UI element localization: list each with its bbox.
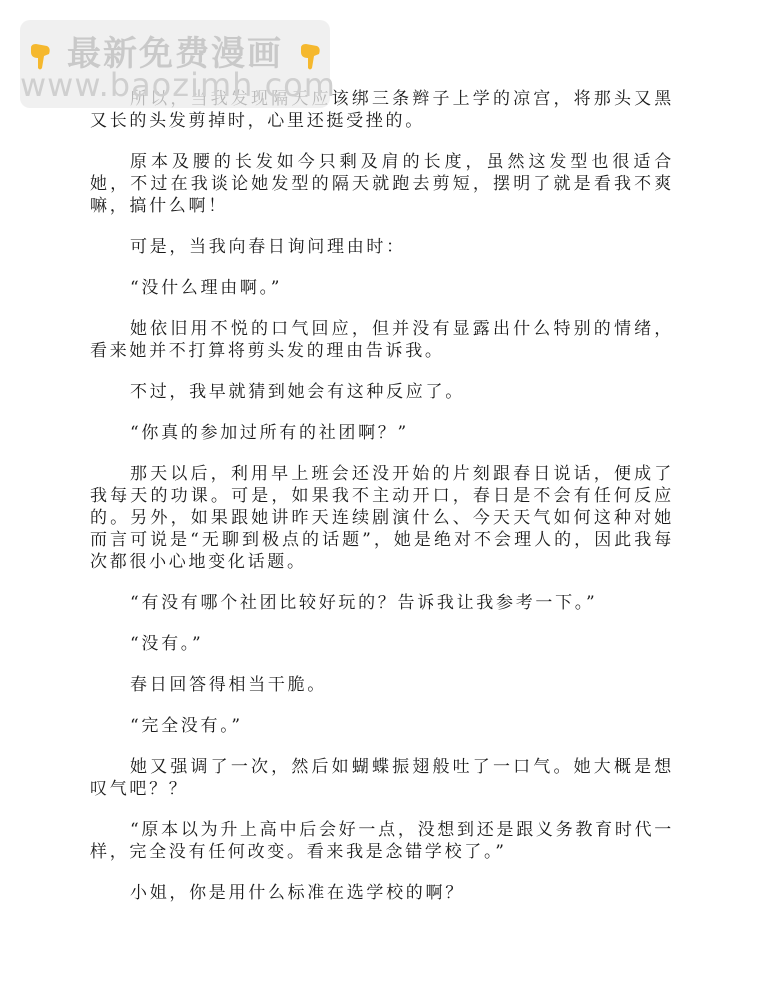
paragraph: “没有。” xyxy=(90,633,674,655)
paragraph: 春日回答得相当干脆。 xyxy=(90,674,674,696)
watermark-url: www.baozimh.com xyxy=(20,66,330,104)
paragraph: 她又强调了一次，然后如蝴蝶振翅般吐了一口气。她大概是想叹气吧？？ xyxy=(90,756,674,800)
paragraph: “有没有哪个社团比较好玩的？告诉我让我参考一下。” xyxy=(90,592,674,614)
paragraph: 小姐，你是用什么标准在选学校的啊？ xyxy=(90,882,674,904)
paragraph: 她依旧用不悦的口气回应，但并没有显露出什么特别的情绪，看来她并不打算将剪头发的理… xyxy=(90,318,674,362)
document-body: 所以，当我发现隔天应该绑三条辫子上学的凉宫，将那头又黑又长的头发剪掉时，心里还挺… xyxy=(90,88,674,923)
paragraph: 不过，我早就猜到她会有这种反应了。 xyxy=(90,381,674,403)
watermark-banner: 最新免费漫画 www.baozimh.com xyxy=(20,20,330,108)
paragraph: 那天以后，利用早上班会还没开始的片刻跟春日说话，便成了我每天的功课。可是，如果我… xyxy=(90,463,674,573)
paragraph: “完全没有。” xyxy=(90,715,674,737)
paragraph: “原本以为升上高中后会好一点，没想到还是跟义务教育时代一样，完全没有任何改变。看… xyxy=(90,819,674,863)
paragraph: “没什么理由啊。” xyxy=(90,277,674,299)
paragraph: 原本及腰的长发如今只剩及肩的长度，虽然这发型也很适合她，不过在我谈论她发型的隔天… xyxy=(90,151,674,217)
paragraph: “你真的参加过所有的社团啊？” xyxy=(90,422,674,444)
paragraph: 可是，当我向春日询问理由时： xyxy=(90,236,674,258)
